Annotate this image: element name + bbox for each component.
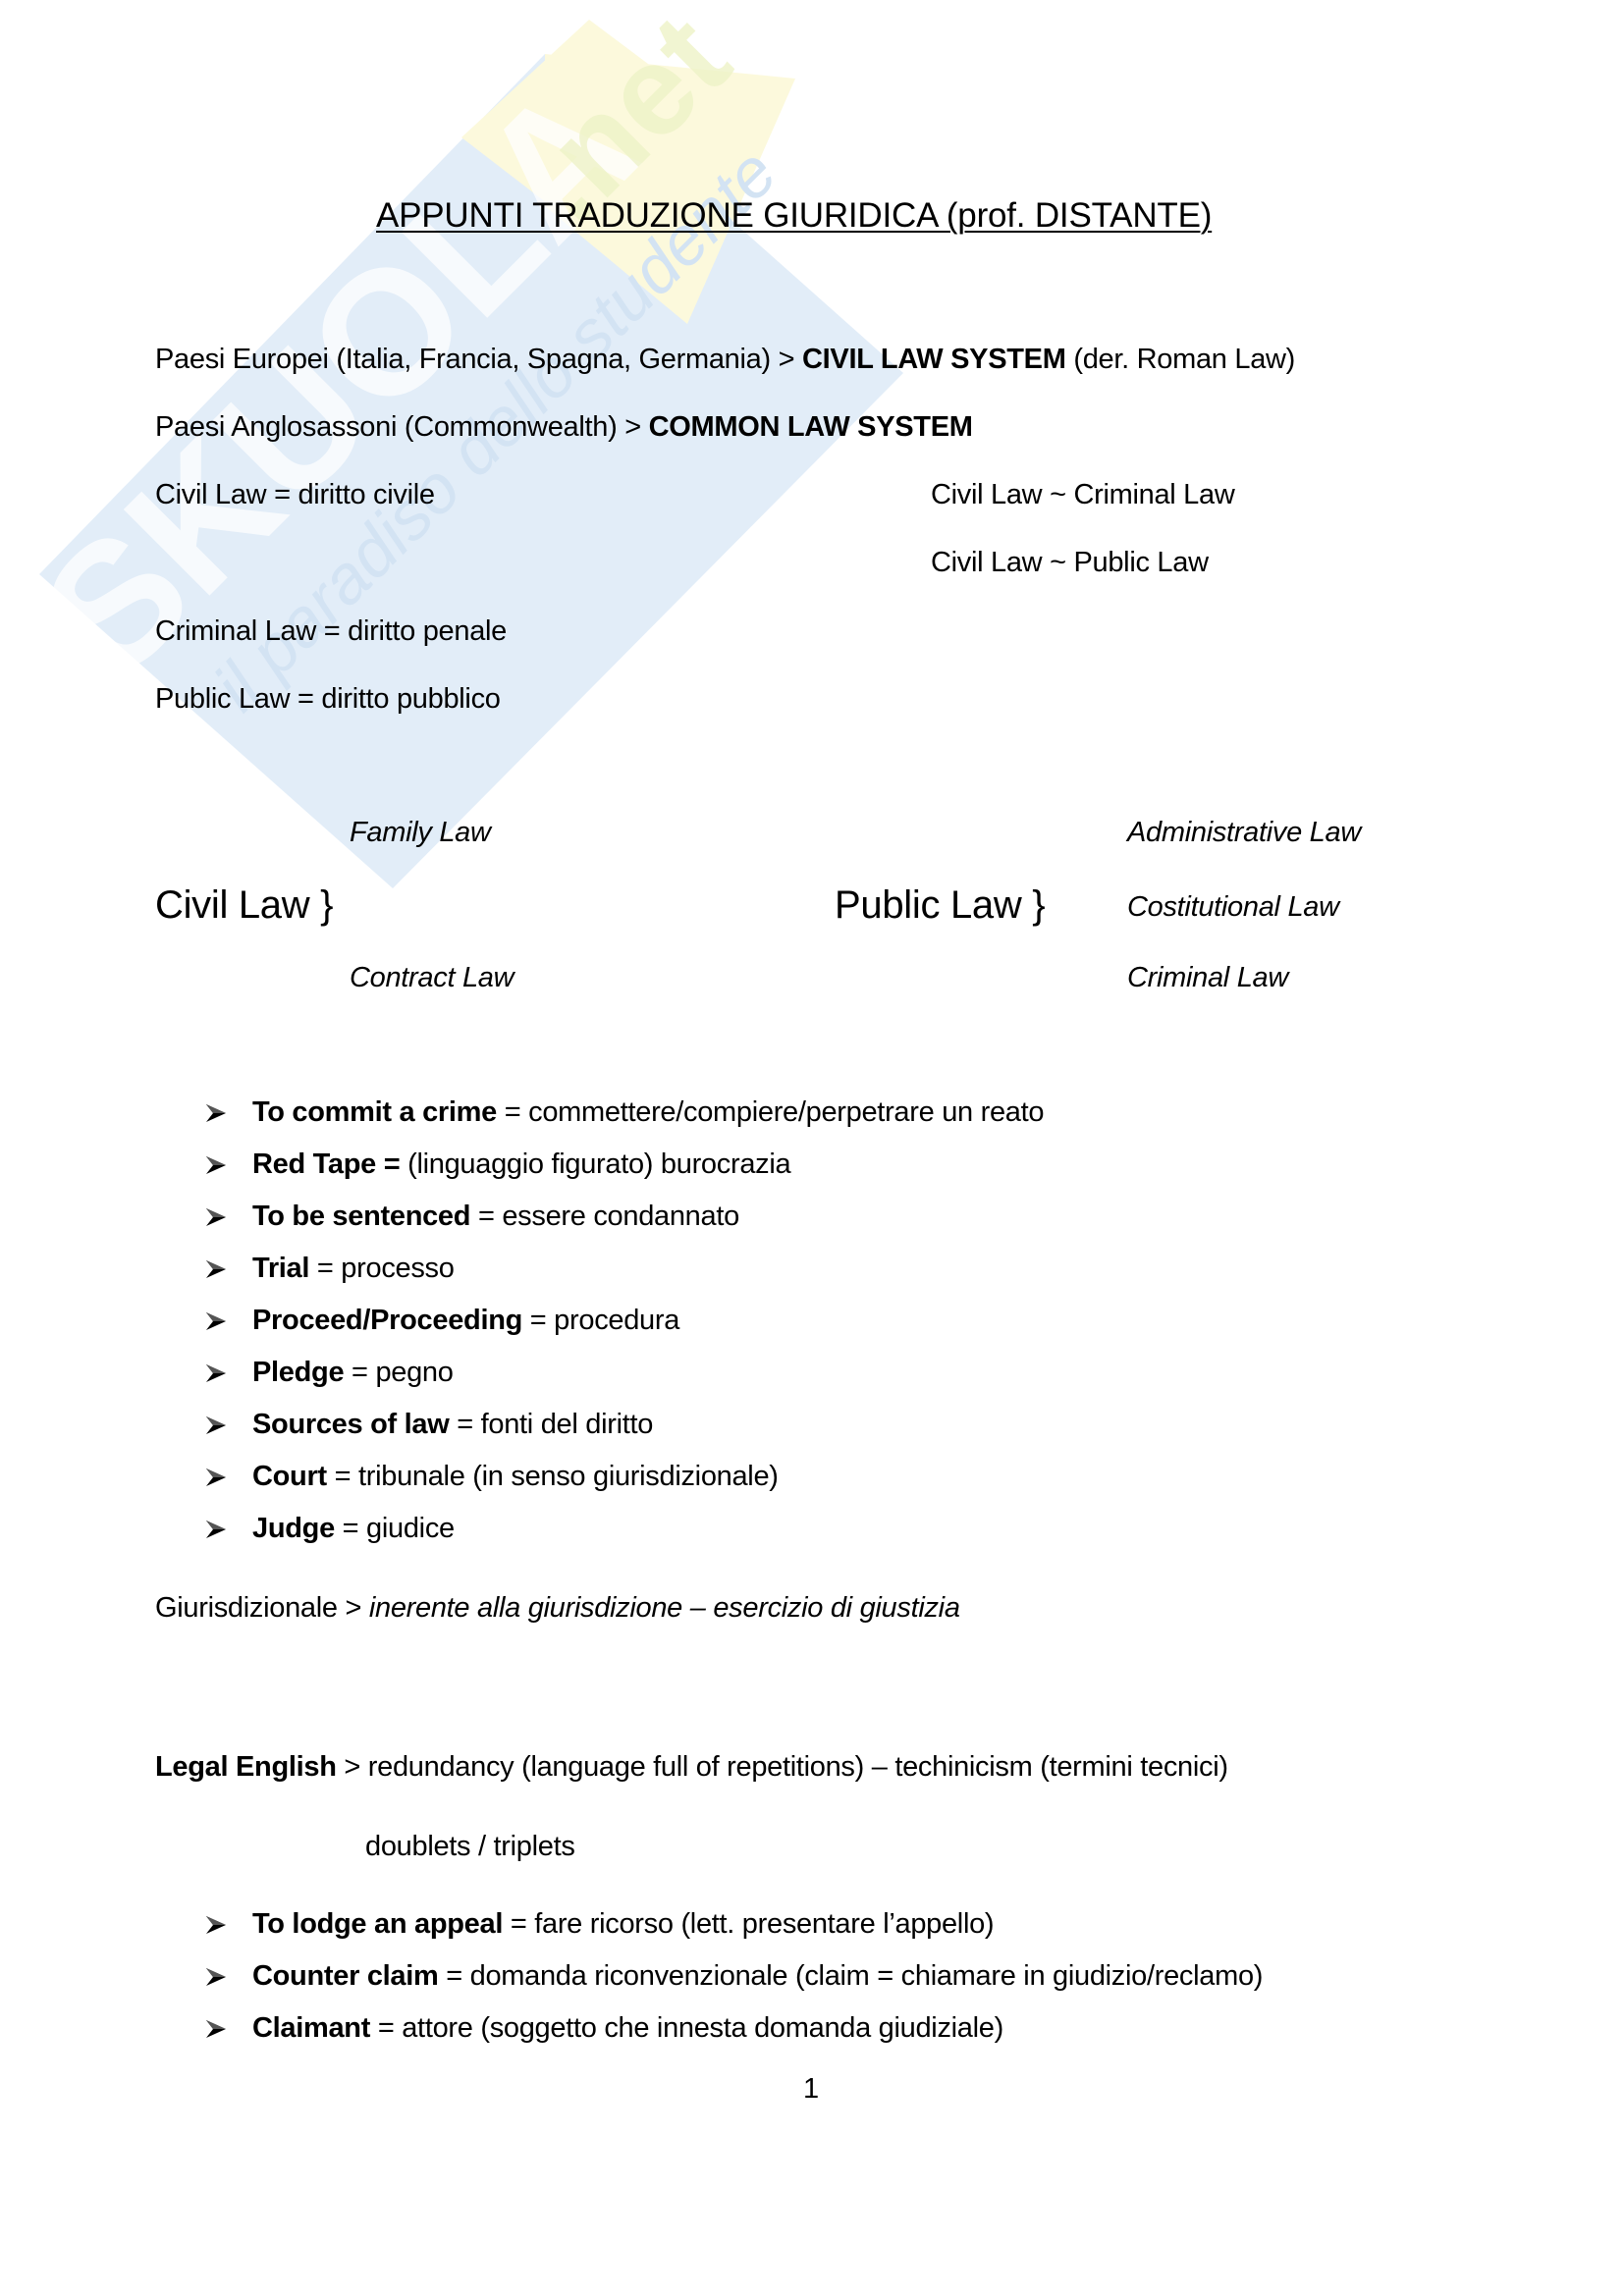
- glossary-term: To lodge an appeal: [252, 1908, 503, 1940]
- contrast-civil-criminal: Civil Law ~ Criminal Law: [931, 481, 1234, 509]
- glossary-term: Court: [252, 1461, 327, 1492]
- glossary-item: Proceed/Proceeding = procedura: [252, 1307, 679, 1335]
- system-line-common: Paesi Anglosassoni (Commonwealth) > COMM…: [155, 413, 973, 442]
- glossary-definition: = essere condannato: [470, 1201, 739, 1232]
- glossary-term: To commit a crime: [252, 1096, 497, 1128]
- arrow-bullet-icon: [204, 1257, 228, 1281]
- glossary-definition: (linguaggio figurato) burocrazia: [400, 1148, 790, 1180]
- arrow-bullet-icon: [204, 1101, 228, 1125]
- arrow-bullet-icon: [204, 1913, 228, 1937]
- arrow-bullet-icon: [204, 1309, 228, 1333]
- document-title: APPUNTI TRADUZIONE GIURIDICA (prof. DIST…: [376, 196, 1212, 236]
- glossary-term: Red Tape =: [252, 1148, 400, 1180]
- glossary-definition: = pegno: [344, 1357, 453, 1388]
- glossary-definition: = fare ricorso (lett. presentare l’appel…: [503, 1908, 994, 1940]
- contrast-civil-public: Civil Law ~ Public Law: [931, 549, 1209, 577]
- glossary-item: Court = tribunale (in senso giurisdizion…: [252, 1463, 779, 1491]
- arrow-bullet-icon: [204, 1362, 228, 1385]
- arrow-bullet-icon: [204, 1414, 228, 1437]
- definition-civil-law: Civil Law = diritto civile: [155, 481, 435, 509]
- glossary-term: Judge: [252, 1513, 335, 1544]
- glossary-term: Trial: [252, 1253, 309, 1284]
- watermark-blue-diamond: [39, 54, 903, 888]
- glossary-definition: = processo: [309, 1253, 454, 1284]
- arrow-bullet-icon: [204, 1466, 228, 1489]
- note-giurisdizionale: Giurisdizionale > inerente alla giurisdi…: [155, 1594, 960, 1623]
- glossary-term: Counter claim: [252, 1960, 438, 1992]
- glossary-definition: = giudice: [335, 1513, 455, 1544]
- glossary-term: Pledge: [252, 1357, 344, 1388]
- legal-english-sub: doublets / triplets: [365, 1833, 575, 1861]
- watermark-yellow-diamond: [545, 54, 795, 324]
- arrow-bullet-icon: [204, 1153, 228, 1177]
- glossary-item: To commit a crime = commettere/compiere/…: [252, 1098, 1044, 1127]
- svg-text:SKUOLA: SKUOLA: [5, 47, 673, 715]
- definition-public-law: Public Law = diritto pubblico: [155, 685, 501, 714]
- glossary-term: To be sentenced: [252, 1201, 470, 1232]
- branch-administrative-law: Administrative Law: [1127, 819, 1361, 847]
- legal-english-line: Legal English > redundancy (language ful…: [155, 1753, 1228, 1782]
- branch-group-civil-law: Civil Law }: [155, 885, 333, 925]
- glossary-term: Claimant: [252, 2012, 370, 2044]
- glossary-term: Proceed/Proceeding: [252, 1305, 522, 1336]
- glossary-item: To lodge an appeal = fare ricorso (lett.…: [252, 1910, 994, 1939]
- branch-costitutional-law: Costitutional Law: [1127, 893, 1339, 922]
- glossary-item: Judge = giudice: [252, 1515, 455, 1543]
- definition-criminal-law: Criminal Law = diritto penale: [155, 617, 507, 646]
- glossary-term: Sources of law: [252, 1409, 449, 1440]
- glossary-item: Counter claim = domanda riconvenzionale …: [252, 1962, 1263, 1991]
- branch-criminal-law: Criminal Law: [1127, 964, 1288, 992]
- arrow-bullet-icon: [204, 1205, 228, 1229]
- glossary-definition: = tribunale (in senso giurisdizionale): [327, 1461, 779, 1492]
- system-line-civil: Paesi Europei (Italia, Francia, Spagna, …: [155, 346, 1295, 374]
- glossary-item: To be sentenced = essere condannato: [252, 1202, 739, 1231]
- glossary-definition: = fonti del diritto: [449, 1409, 653, 1440]
- branch-contract-law: Contract Law: [350, 964, 514, 992]
- glossary-item: Red Tape = (linguaggio figurato) burocra…: [252, 1150, 790, 1179]
- glossary-definition: = procedura: [522, 1305, 679, 1336]
- glossary-definition: = attore (soggetto che innesta domanda g…: [370, 2012, 1003, 2044]
- glossary-definition: = commettere/compiere/perpetrare un reat…: [497, 1096, 1044, 1128]
- glossary-definition: = domanda riconvenzionale (claim = chiam…: [438, 1960, 1263, 1992]
- glossary-item: Trial = processo: [252, 1255, 455, 1283]
- arrow-bullet-icon: [204, 1965, 228, 1989]
- branch-group-public-law: Public Law }: [835, 885, 1045, 925]
- glossary-item: Sources of law = fonti del diritto: [252, 1411, 653, 1439]
- glossary-item: Claimant = attore (soggetto che innesta …: [252, 2014, 1003, 2043]
- branch-family-law: Family Law: [350, 819, 491, 847]
- glossary-item: Pledge = pegno: [252, 1359, 454, 1387]
- arrow-bullet-icon: [204, 1518, 228, 1541]
- page-number: 1: [803, 2073, 819, 2106]
- arrow-bullet-icon: [204, 2017, 228, 2041]
